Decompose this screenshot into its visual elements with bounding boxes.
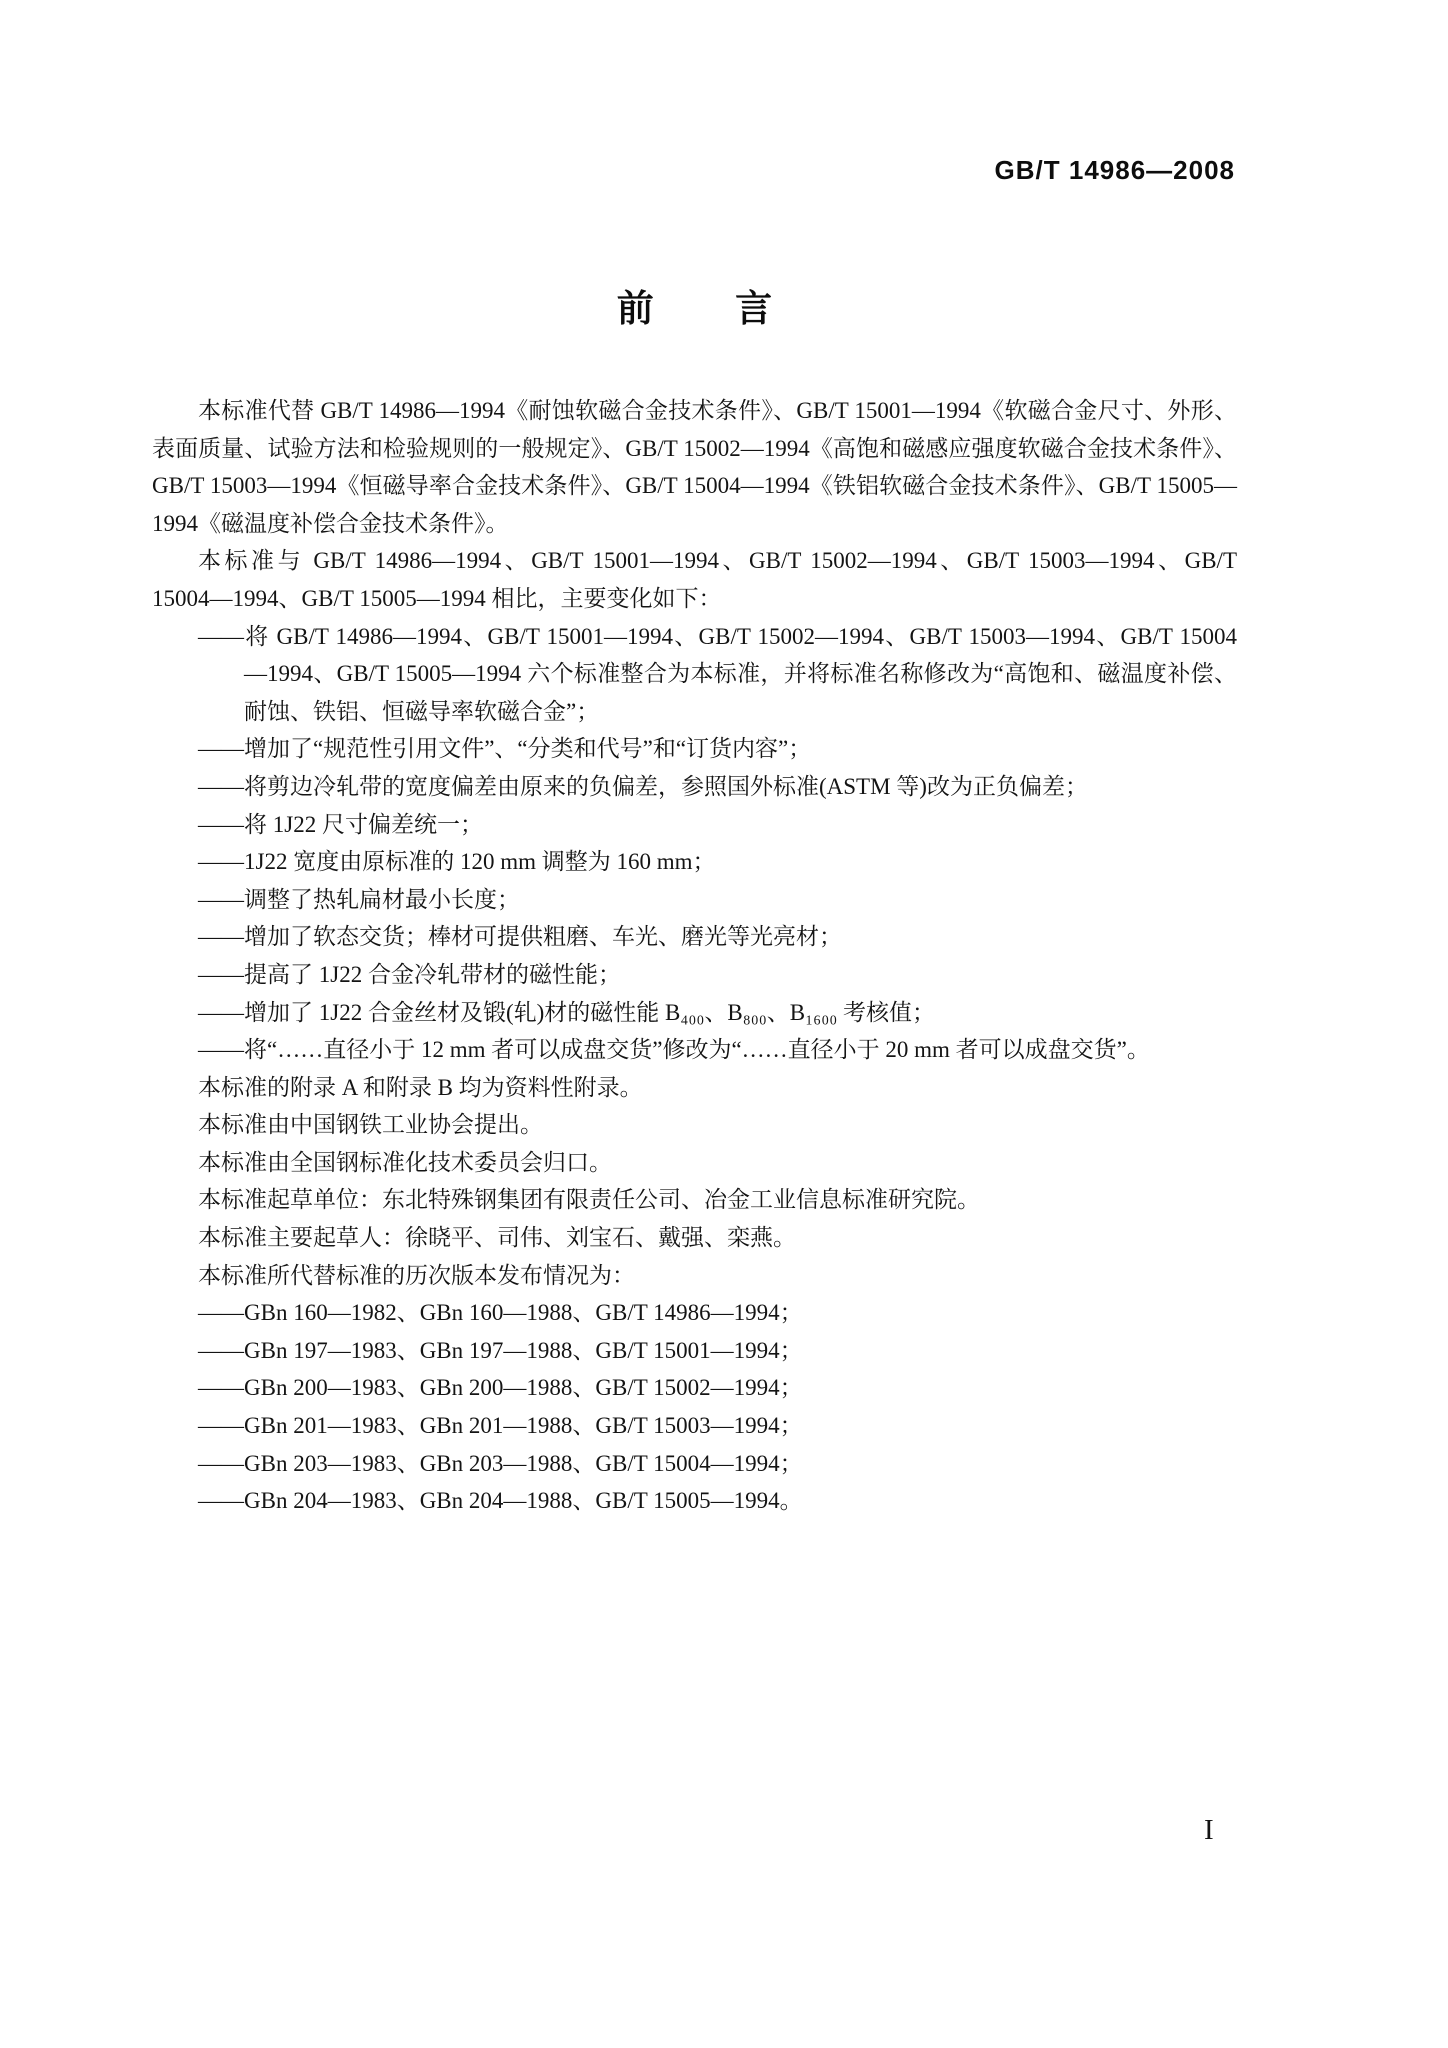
foreword-paragraph: 本标准所代替标准的历次版本发布情况为： <box>152 1257 1237 1295</box>
foreword-body: 本标准代替 GB/T 14986—1994《耐蚀软磁合金技术条件》、GB/T 1… <box>152 392 1237 1520</box>
foreword-list-item: ——将“……直径小于 12 mm 者可以成盘交货”修改为“……直径小于 20 m… <box>152 1031 1237 1069</box>
foreword-list-item: ——增加了“规范性引用文件”、“分类和代号”和“订货内容”； <box>152 730 1237 768</box>
foreword-list-item: ——GBn 200—1983、GBn 200—1988、GB/T 15002—1… <box>152 1369 1237 1407</box>
foreword-list-item: ——GBn 204—1983、GBn 204—1988、GB/T 15005—1… <box>152 1482 1237 1520</box>
foreword-paragraph: 本标准的附录 A 和附录 B 均为资料性附录。 <box>152 1069 1237 1107</box>
foreword-list-item: ——增加了 1J22 合金丝材及锻(轧)材的磁性能 B₄₀₀、B₈₀₀、B₁₆₀… <box>152 994 1237 1032</box>
document-page: GB/T 14986—2008 前言 本标准代替 GB/T 14986—1994… <box>0 0 1448 2048</box>
standard-code-header: GB/T 14986—2008 <box>995 155 1235 186</box>
foreword-list-item: ——调整了热轧扁材最小长度； <box>152 881 1237 919</box>
foreword-paragraph: 本标准起草单位：东北特殊钢集团有限责任公司、冶金工业信息标准研究院。 <box>152 1181 1237 1219</box>
foreword-list-item: ——GBn 201—1983、GBn 201—1988、GB/T 15003—1… <box>152 1407 1237 1445</box>
foreword-list-item: ——将剪边冷轧带的宽度偏差由原来的负偏差，参照国外标准(ASTM 等)改为正负偏… <box>152 768 1237 806</box>
foreword-paragraph: 本标准由全国钢标准化技术委员会归口。 <box>152 1144 1237 1182</box>
foreword-list-item: ——提高了 1J22 合金冷轧带材的磁性能； <box>152 956 1237 994</box>
foreword-paragraph: 本标准与 GB/T 14986—1994、GB/T 15001—1994、GB/… <box>152 542 1237 617</box>
page-title: 前言 <box>152 278 1237 332</box>
foreword-list-item: ——GBn 197—1983、GBn 197—1988、GB/T 15001—1… <box>152 1332 1237 1370</box>
foreword-list-item: ——GBn 160—1982、GBn 160—1988、GB/T 14986—1… <box>152 1294 1237 1332</box>
foreword-list-item: ——将 1J22 尺寸偏差统一； <box>152 806 1237 844</box>
page-number: I <box>1204 1814 1214 1847</box>
foreword-list-item: ——将 GB/T 14986—1994、GB/T 15001—1994、GB/T… <box>152 618 1237 731</box>
foreword-list-item: ——增加了软态交货；棒材可提供粗磨、车光、磨光等光亮材； <box>152 918 1237 956</box>
foreword-paragraph: 本标准代替 GB/T 14986—1994《耐蚀软磁合金技术条件》、GB/T 1… <box>152 392 1237 542</box>
foreword-paragraph: 本标准由中国钢铁工业协会提出。 <box>152 1106 1237 1144</box>
foreword-list-item: ——1J22 宽度由原标准的 120 mm 调整为 160 mm； <box>152 843 1237 881</box>
foreword-list-item: ——GBn 203—1983、GBn 203—1988、GB/T 15004—1… <box>152 1445 1237 1483</box>
foreword-paragraph: 本标准主要起草人：徐晓平、司伟、刘宝石、戴强、栾燕。 <box>152 1219 1237 1257</box>
